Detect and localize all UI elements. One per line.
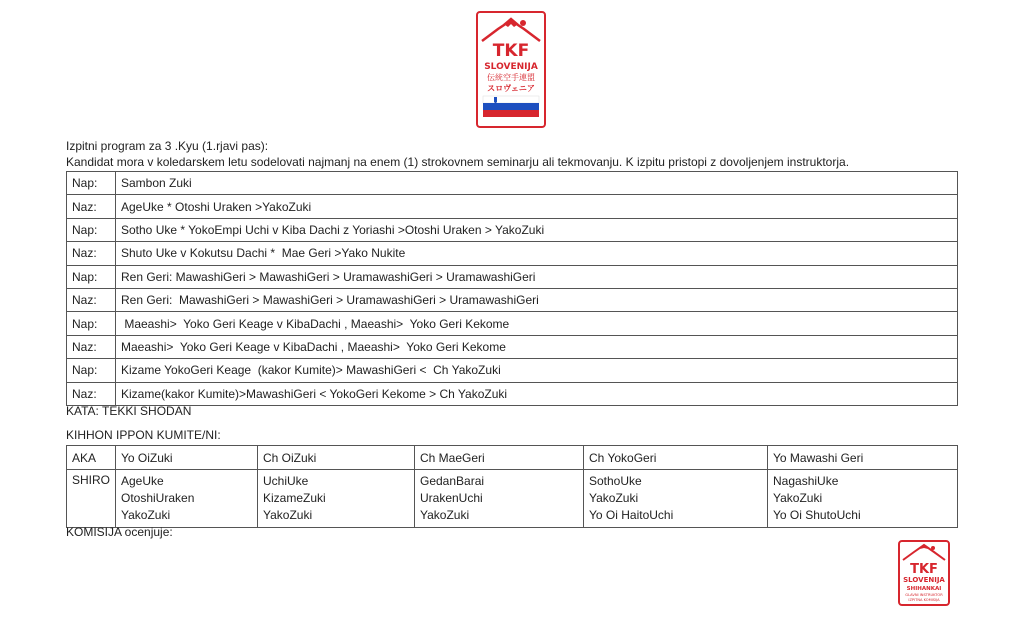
tkf-shihankai-logo: TKF SLOVENIJA SHIHANKAI GLAVNI INSTRUKTO…	[898, 540, 950, 606]
program-row: Naz:AgeUke * Otoshi Uraken >YakoZuki	[67, 195, 958, 218]
shiro-label: SHIRO	[67, 470, 116, 528]
role-label: Naz:	[67, 335, 116, 358]
technique-text: Maeashi> Yoko Geri Keage v KibaDachi , M…	[116, 312, 958, 335]
role-label: Nap:	[67, 312, 116, 335]
attack-cell: Ch OiZuki	[258, 446, 415, 470]
technique-text: Maeashi> Yoko Geri Keage v KibaDachi , M…	[116, 335, 958, 358]
program-row: Nap:Kizame YokoGeri Keage (kakor Kumite)…	[67, 359, 958, 382]
technique-text: Kizame YokoGeri Keage (kakor Kumite)> Ma…	[116, 359, 958, 382]
defense-technique: YakoZuki	[121, 507, 257, 524]
defense-technique: Yo Oi ShutoUchi	[773, 507, 957, 524]
aka-row: AKA Yo OiZuki Ch OiZuki Ch MaeGeri Ch Yo…	[67, 446, 958, 470]
aka-label: AKA	[67, 446, 116, 470]
role-label: Nap:	[67, 265, 116, 288]
defense-technique: OtoshiUraken	[121, 490, 257, 507]
defense-technique: YakoZuki	[263, 507, 414, 524]
svg-text:TKF: TKF	[910, 562, 938, 577]
program-row: Naz:Maeashi> Yoko Geri Keage v KibaDachi…	[67, 335, 958, 358]
defense-cell: NagashiUkeYakoZukiYo Oi ShutoUchi	[768, 470, 958, 528]
defense-technique: NagashiUke	[773, 473, 957, 490]
program-row: Nap: Maeashi> Yoko Geri Keage v KibaDach…	[67, 312, 958, 335]
attack-cell: Yo Mawashi Geri	[768, 446, 958, 470]
program-row: Nap:Ren Geri: MawashiGeri > MawashiGeri …	[67, 265, 958, 288]
exam-requirements: Kandidat mora v koledarskem letu sodelov…	[66, 155, 849, 169]
defense-technique: SothoUke	[589, 473, 767, 490]
kihhon-title: KIHHON IPPON KUMITE/NI:	[66, 428, 221, 442]
defense-technique: YakoZuki	[773, 490, 957, 507]
technique-text: Ren Geri: MawashiGeri > MawashiGeri > Ur…	[116, 288, 958, 311]
program-row: Nap:Sotho Uke * YokoEmpi Uchi v Kiba Dac…	[67, 218, 958, 241]
defense-technique: KizameZuki	[263, 490, 414, 507]
technique-text: Sotho Uke * YokoEmpi Uchi v Kiba Dachi z…	[116, 218, 958, 241]
defense-cell: SothoUkeYakoZukiYo Oi HaitoUchi	[584, 470, 768, 528]
technique-text: Ren Geri: MawashiGeri > MawashiGeri > Ur…	[116, 265, 958, 288]
defense-cell: UchiUkeKizameZukiYakoZuki	[258, 470, 415, 528]
svg-text:TKF: TKF	[493, 41, 529, 61]
role-label: Nap:	[67, 172, 116, 195]
program-table: Nap:Sambon ZukiNaz:AgeUke * Otoshi Urake…	[66, 171, 958, 406]
role-label: Naz:	[67, 382, 116, 405]
kata-line: KATA: TEKKI SHODAN	[66, 404, 191, 418]
defense-cell: AgeUkeOtoshiUrakenYakoZuki	[116, 470, 258, 528]
defense-technique: Yo Oi HaitoUchi	[589, 507, 767, 524]
role-label: Nap:	[67, 359, 116, 382]
defense-technique: UchiUke	[263, 473, 414, 490]
technique-text: Kizame(kakor Kumite)>MawashiGeri < YokoG…	[116, 382, 958, 405]
defense-technique: GedanBarai	[420, 473, 583, 490]
svg-text:スロヴェニア: スロヴェニア	[487, 84, 535, 93]
technique-text: Sambon Zuki	[116, 172, 958, 195]
technique-text: Shuto Uke v Kokutsu Dachi * Mae Geri >Ya…	[116, 242, 958, 265]
defense-cell: GedanBaraiUrakenUchiYakoZuki	[415, 470, 584, 528]
svg-text:伝統空手連盟: 伝統空手連盟	[487, 72, 535, 82]
svg-text:GLAVNI INSTRUKTOR: GLAVNI INSTRUKTOR	[905, 593, 943, 597]
program-row: Nap:Sambon Zuki	[67, 172, 958, 195]
role-label: Naz:	[67, 242, 116, 265]
attack-cell: Yo OiZuki	[116, 446, 258, 470]
program-row: Naz:Kizame(kakor Kumite)>MawashiGeri < Y…	[67, 382, 958, 405]
technique-text: AgeUke * Otoshi Uraken >YakoZuki	[116, 195, 958, 218]
svg-text:SLOVENIJA: SLOVENIJA	[903, 576, 945, 584]
role-label: Naz:	[67, 195, 116, 218]
defense-technique: YakoZuki	[589, 490, 767, 507]
role-label: Nap:	[67, 218, 116, 241]
svg-text:IZPITNA KOMISIJA: IZPITNA KOMISIJA	[908, 598, 940, 602]
role-label: Naz:	[67, 288, 116, 311]
svg-text:SLOVENIJA: SLOVENIJA	[484, 62, 538, 72]
program-row: Naz:Shuto Uke v Kokutsu Dachi * Mae Geri…	[67, 242, 958, 265]
defense-technique: AgeUke	[121, 473, 257, 490]
shiro-row: SHIRO AgeUkeOtoshiUrakenYakoZukiUchiUkeK…	[67, 470, 958, 528]
kumite-table: AKA Yo OiZuki Ch OiZuki Ch MaeGeri Ch Yo…	[66, 445, 958, 528]
exam-title: Izpitni program za 3 .Kyu (1.rjavi pas):	[66, 139, 268, 153]
attack-cell: Ch YokoGeri	[584, 446, 768, 470]
defense-technique: UrakenUchi	[420, 490, 583, 507]
komisija-label: KOMISIJA ocenjuje:	[66, 525, 173, 539]
tkf-slovenija-logo: TKF SLOVENIJA 伝統空手連盟 スロヴェニア	[476, 11, 546, 128]
program-row: Naz:Ren Geri: MawashiGeri > MawashiGeri …	[67, 288, 958, 311]
attack-cell: Ch MaeGeri	[415, 446, 584, 470]
defense-technique: YakoZuki	[420, 507, 583, 524]
svg-text:SHIHANKAI: SHIHANKAI	[907, 586, 942, 592]
